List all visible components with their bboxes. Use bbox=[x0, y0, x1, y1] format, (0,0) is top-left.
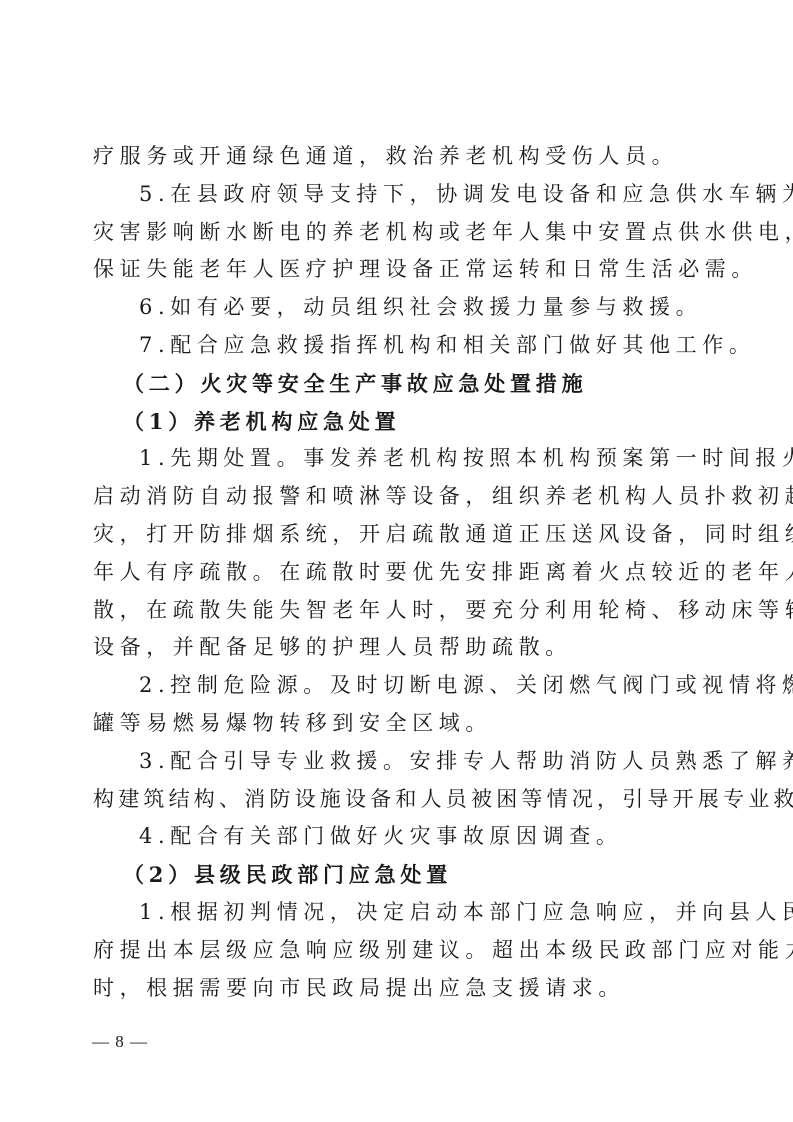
text-line-continuation: 疗服务或开通绿色通道，救治养老机构受伤人员。 bbox=[93, 138, 705, 176]
paragraph-item-4: 4.配合有关部门做好火灾事故原因调查。 bbox=[93, 818, 705, 856]
text-line-continuation: 构建筑结构、消防设施设备和人员被困等情况，引导开展专业救援。 bbox=[93, 781, 705, 819]
text-line-continuation: 散，在疏散失能失智老年人时，要充分利用轮椅、移动床等转运 bbox=[93, 592, 705, 630]
paragraph-item-3: 3.配合引导专业救援。安排专人帮助消防人员熟悉了解养老机 bbox=[93, 743, 705, 781]
paragraph-item-5: 5.在县政府领导支持下，协调发电设备和应急供水车辆为因 bbox=[93, 176, 705, 214]
text-line-continuation: 府提出本层级应急响应级别建议。超出本级民政部门应对能力 bbox=[93, 932, 705, 970]
subsection-heading-county-civil-affairs: （2）县级民政部门应急处置 bbox=[93, 856, 705, 894]
subsection-heading-elderly-institution: （1）养老机构应急处置 bbox=[93, 403, 705, 441]
text-line-continuation: 设备，并配备足够的护理人员帮助疏散。 bbox=[93, 629, 705, 667]
paragraph-item-2: 2.控制危险源。及时切断电源、关闭燃气阀门或视情将燃气 bbox=[93, 667, 705, 705]
paragraph-item-6: 6.如有必要，动员组织社会救援力量参与救援。 bbox=[93, 289, 705, 327]
text-line-continuation: 罐等易燃易爆物转移到安全区域。 bbox=[93, 705, 705, 743]
text-line-continuation: 保证失能老年人医疗护理设备正常运转和日常生活必需。 bbox=[93, 251, 705, 289]
text-line-continuation: 灾害影响断水断电的养老机构或老年人集中安置点供水供电，以 bbox=[93, 214, 705, 252]
text-line-continuation: 启动消防自动报警和喷淋等设备，组织养老机构人员扑救初起火 bbox=[93, 478, 705, 516]
paragraph-item-7: 7.配合应急救援指挥机构和相关部门做好其他工作。 bbox=[93, 327, 705, 365]
text-line-continuation: 时，根据需要向市民政局提出应急支援请求。 bbox=[93, 970, 705, 1008]
page-number: — 8 — bbox=[92, 1032, 148, 1052]
text-line-continuation: 灾，打开防排烟系统，开启疏散通道正压送风设备，同时组织老 bbox=[93, 516, 705, 554]
section-heading-fire-safety: （二）火灾等安全生产事故应急处置措施 bbox=[93, 365, 705, 403]
paragraph-item-1-county: 1.根据初判情况，决定启动本部门应急响应，并向县人民政 bbox=[93, 894, 705, 932]
text-line-continuation: 年人有序疏散。在疏散时要优先安排距离着火点较近的老年人疏 bbox=[93, 554, 705, 592]
document-body: 疗服务或开通绿色通道，救治养老机构受伤人员。 5.在县政府领导支持下，协调发电设… bbox=[93, 138, 705, 1007]
paragraph-item-1: 1.先期处置。事发养老机构按照本机构预案第一时间报火警， bbox=[93, 440, 705, 478]
